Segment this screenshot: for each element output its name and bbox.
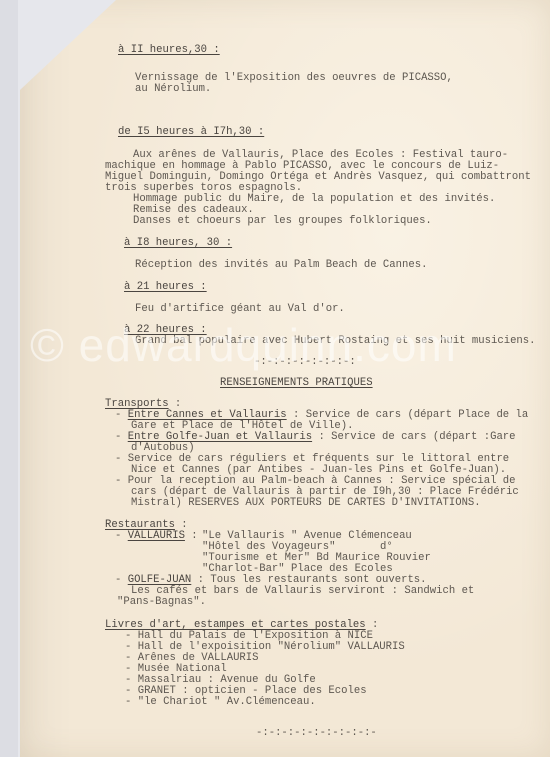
separator-bottom: -:-:-:-:-:-:-:-:-:- (256, 728, 377, 739)
transport-item-cont: Mistral) RESERVES AUX PORTEURS DE CARTES… (131, 498, 481, 509)
time-heading-3: à I8 heures, 30 : (124, 238, 232, 249)
program-line: Réception des invités au Palm Beach de C… (135, 260, 427, 271)
document-text: à II heures,30 : Vernissage de l'Exposit… (0, 0, 550, 671)
restaurant-line: "Pans-Bagnas". (117, 597, 206, 608)
time-heading-4: à 21 heures : (124, 282, 207, 293)
program-line: au Nérolium. (135, 84, 211, 95)
time-heading-2: de I5 heures à I7h,30 : (118, 127, 264, 138)
restaurant-vallauris: - VALLAURIS : (115, 531, 204, 542)
separator: -:-:-:-:-:-:-:-: (254, 357, 356, 368)
program-line: Grand bal populaire avec Hubert Rostaing… (135, 336, 536, 347)
time-heading-1: à II heures,30 : (118, 45, 220, 56)
livres-item: - "le Chariot " Av.Clémenceau. (125, 697, 316, 708)
program-line: Feu d'artifice géant au Val d'or. (135, 304, 345, 315)
section-title: RENSEIGNEMENTS PRATIQUES (220, 378, 373, 389)
program-line: Danses et choeurs par les groupes folklo… (133, 216, 432, 227)
